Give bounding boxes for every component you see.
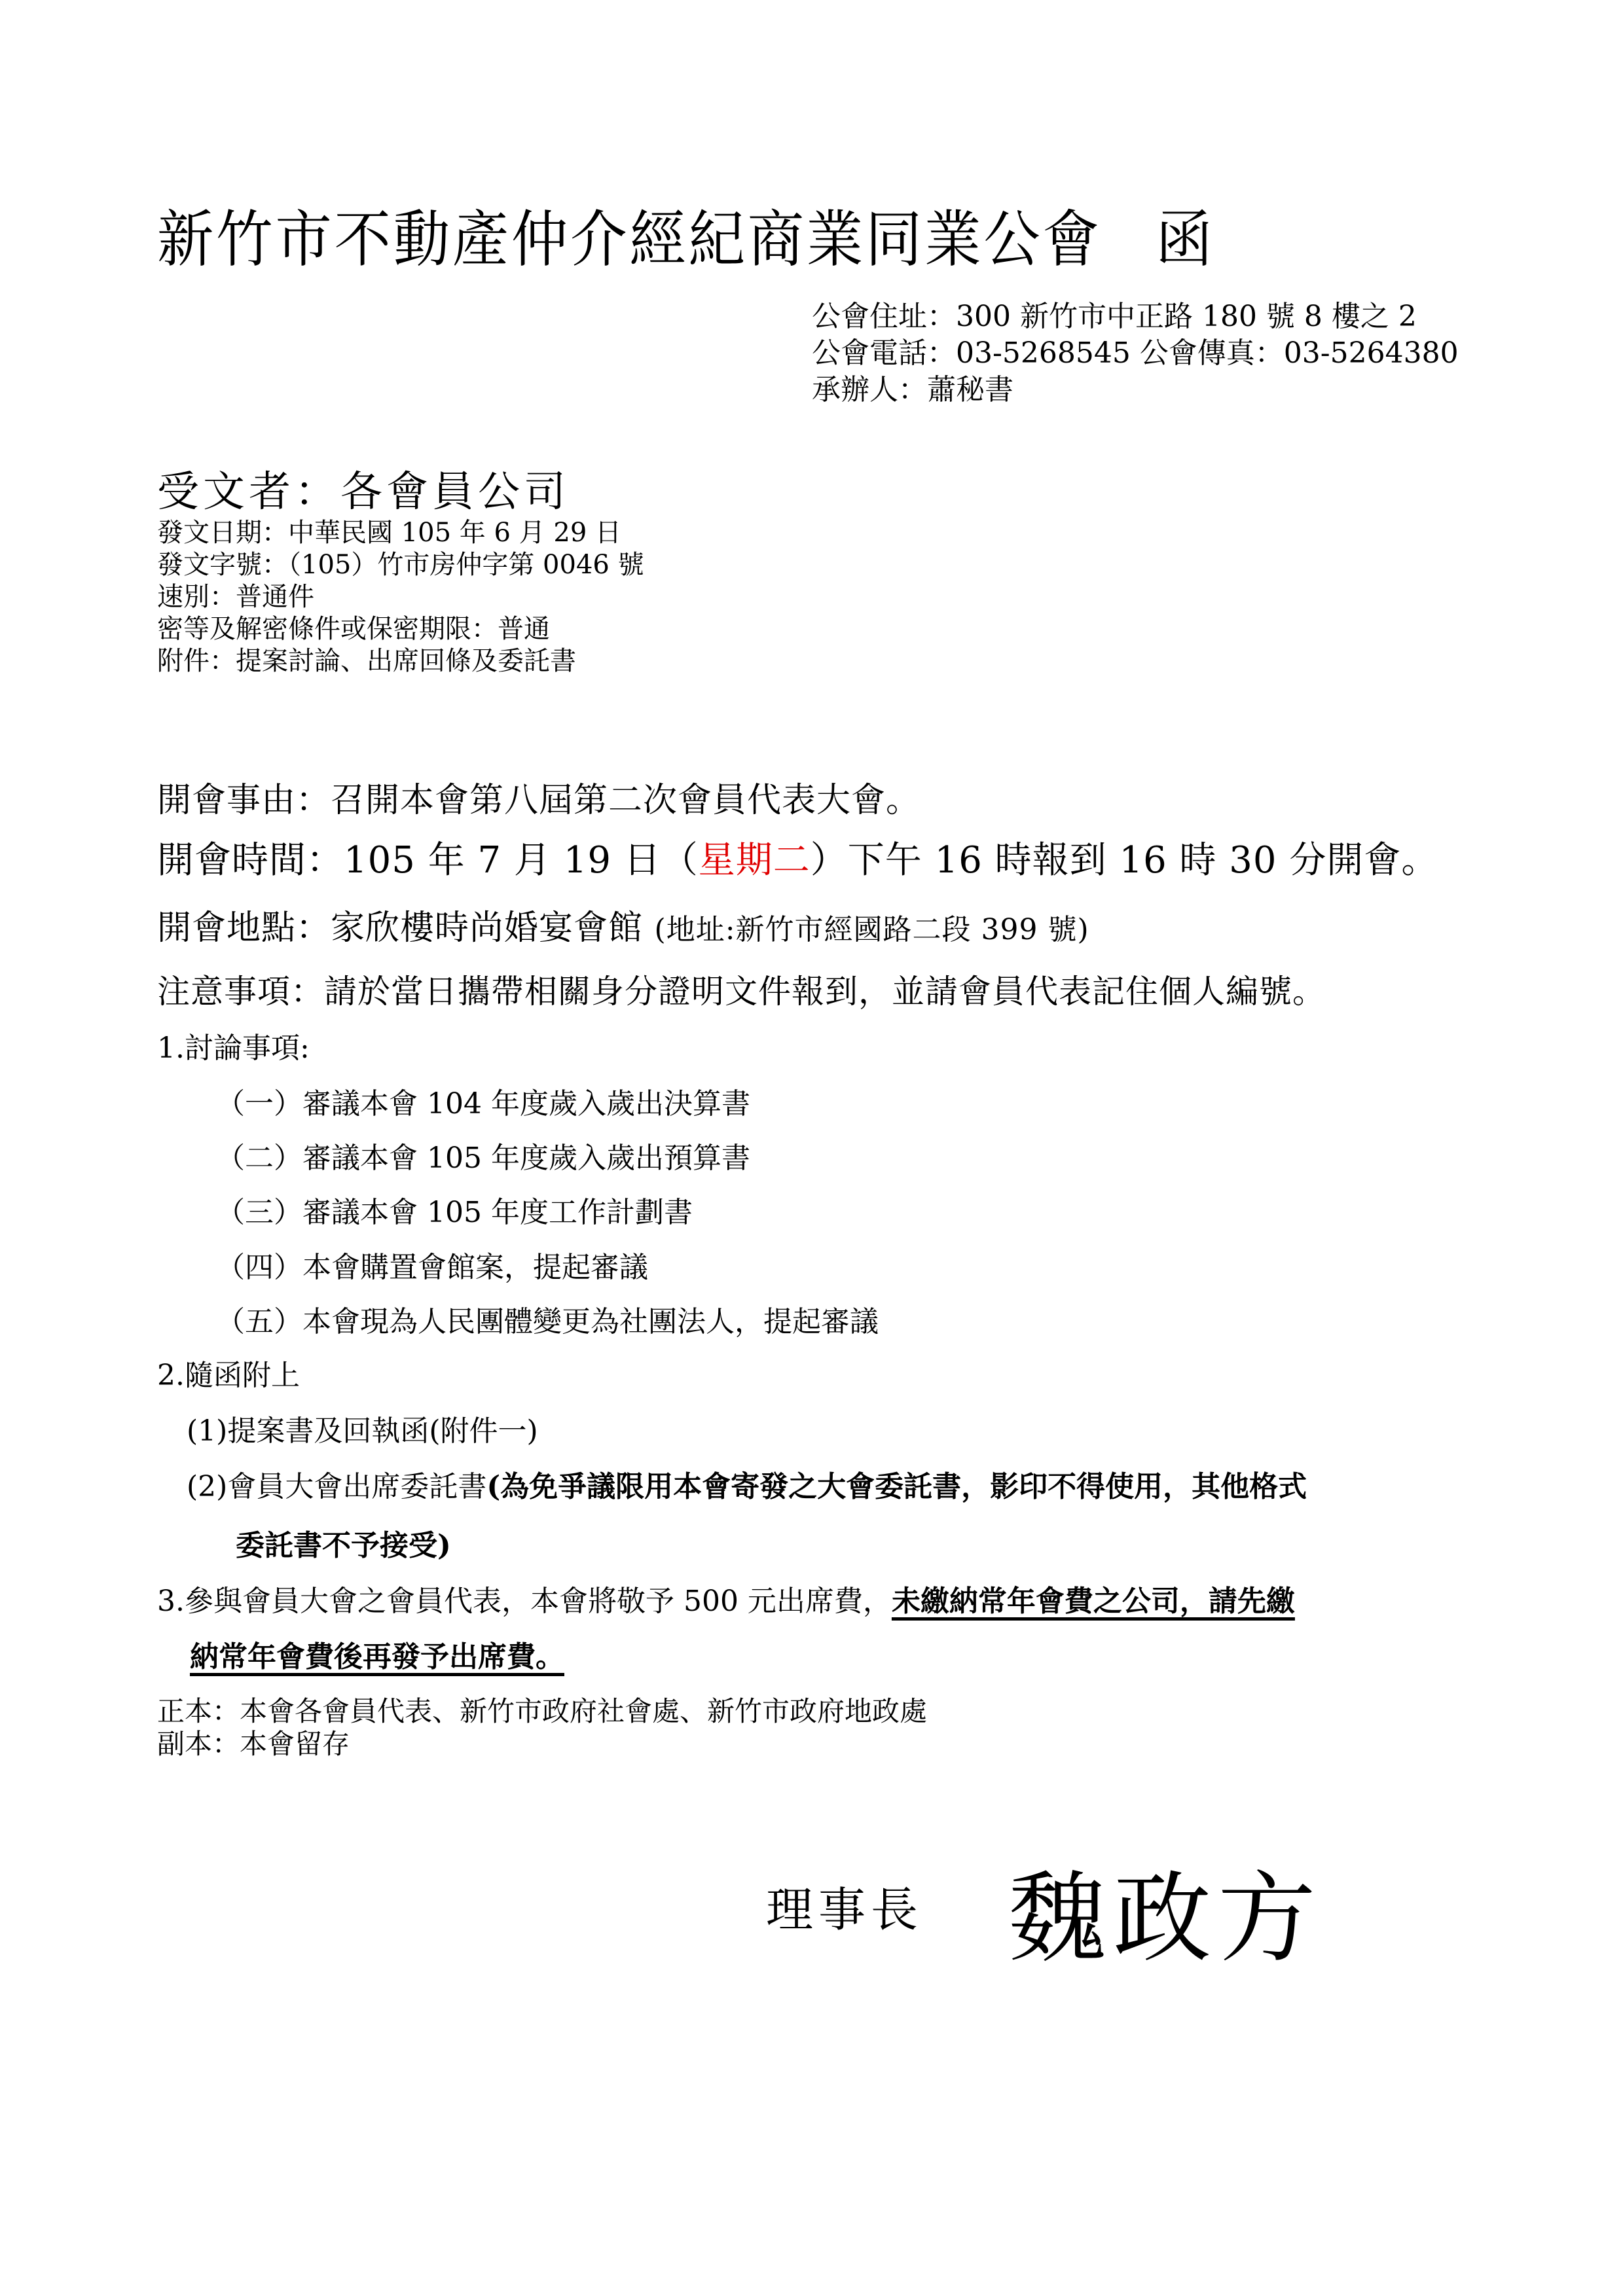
meeting-place: 開會地點：家欣樓時尚婚宴會館 (地址:新竹市經國路二段 399 號) xyxy=(157,900,1089,949)
section3-line2: 納常年會費後再發予出席費。 xyxy=(190,1633,564,1675)
meeting-notice: 注意事項：請於當日攜帶相關身分證明文件報到，並請會員代表記住個人編號。 xyxy=(157,965,1326,1013)
meeting-purpose: 開會事由：召開本會第八屆第二次會員代表大會。 xyxy=(157,772,921,821)
discussion-item: （二）審議本會 105 年度歲入歲出預算書 xyxy=(216,1134,750,1176)
issue-date: 發文日期：中華民國 105 年 6 月 29 日 xyxy=(157,517,644,549)
secrecy-level: 密等及解密條件或保密期限：普通 xyxy=(157,613,644,645)
recipient: 受文者：各會員公司 xyxy=(157,458,570,518)
section1-heading: 1.討論事項: xyxy=(157,1024,310,1066)
contact-address: 公會住址：300 新竹市中正路 180 號 8 樓之 2 xyxy=(812,298,1459,335)
meeting-weekday: 星期二 xyxy=(699,839,811,882)
meeting-time: 開會時間：105 年 7 月 19 日（星期二）下午 16 時報到 16 時 3… xyxy=(157,831,1438,884)
org-name: 新竹市不動產仲介經紀商業同業公會 xyxy=(157,204,1102,276)
section2-heading: 2.隨函附上 xyxy=(157,1352,300,1393)
discussion-item: （四）本會購置會館案，提起審議 xyxy=(216,1244,648,1285)
discussion-item: （五）本會現為人民團體變更為社團法人，提起審議 xyxy=(216,1298,879,1340)
enclosure-item: (1)提案書及回執函(附件一) xyxy=(187,1407,538,1449)
document-meta: 發文日期：中華民國 105 年 6 月 29 日 發文字號：（105）竹市房仲字… xyxy=(157,517,644,677)
proxy-restriction: (為免爭議限用本會寄發之大會委託書，影印不得使用，其他格式 xyxy=(486,1470,1307,1503)
unpaid-dues-notice: 未繳納常年會費之公司，請先繳 xyxy=(892,1585,1295,1618)
unpaid-dues-notice-cont: 納常年會費後再發予出席費。 xyxy=(190,1640,564,1674)
contact-block: 公會住址：300 新竹市中正路 180 號 8 樓之 2 公會電話：03-526… xyxy=(812,298,1459,408)
document-title: 新竹市不動產仲介經紀商業同業公會函 xyxy=(157,190,1215,278)
copy-recipients: 副本：本會留存 xyxy=(157,1728,927,1761)
distribution-list: 正本：本會各會員代表、新竹市政府社會處、新竹市政府地政處 副本：本會留存 xyxy=(157,1695,927,1761)
discussion-item: （三）審議本會 105 年度工作計劃書 xyxy=(216,1189,693,1230)
doc-type: 函 xyxy=(1156,204,1214,276)
priority: 速別：普通件 xyxy=(157,581,644,613)
section3-line1: 3.參與會員大會之會員代表，本會將敬予 500 元出席費，未繳納常年會費之公司，… xyxy=(157,1577,1295,1619)
proxy-restriction-cont: 委託書不予接受) xyxy=(236,1522,451,1564)
meeting-place-address: (地址:新竹市經國路二段 399 號) xyxy=(655,913,1089,946)
attachments: 附件：提案討論、出席回條及委託書 xyxy=(157,645,644,677)
signatory-name: 魏政方 xyxy=(1008,1839,1322,1981)
signatory-title: 理事長 xyxy=(766,1872,923,1940)
enclosure-item: (2)會員大會出席委託書(為免爭議限用本會寄發之大會委託書，影印不得使用，其他格… xyxy=(187,1463,1307,1505)
reference-number: 發文字號：（105）竹市房仲字第 0046 號 xyxy=(157,549,644,581)
contact-handler: 承辦人：蕭秘書 xyxy=(812,372,1459,408)
original-recipients: 正本：本會各會員代表、新竹市政府社會處、新竹市政府地政處 xyxy=(157,1695,927,1728)
contact-phone-fax: 公會電話：03-5268545 公會傳真：03-5264380 xyxy=(812,335,1459,372)
discussion-item: （一）審議本會 104 年度歲入歲出決算書 xyxy=(216,1080,750,1122)
